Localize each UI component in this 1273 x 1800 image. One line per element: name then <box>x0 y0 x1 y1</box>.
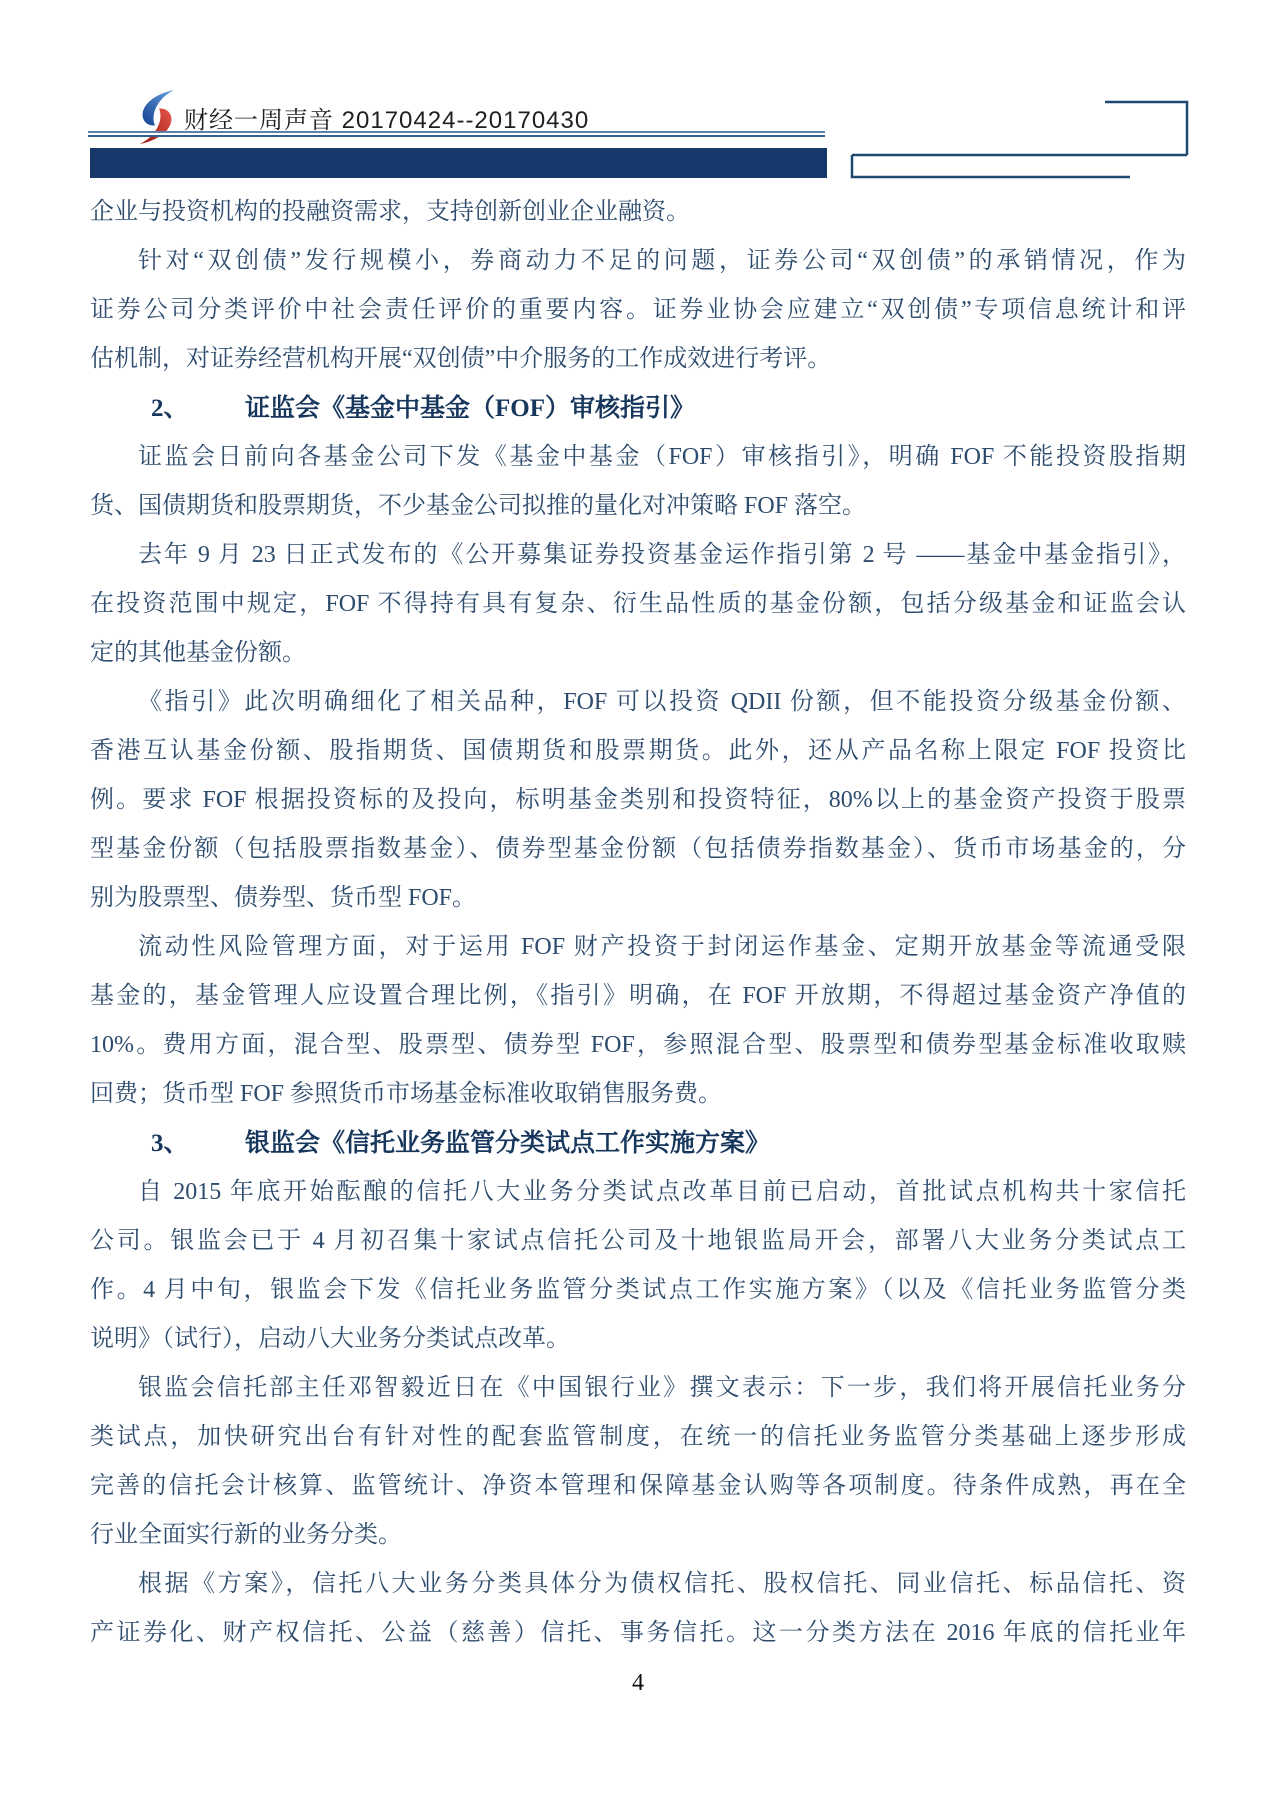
text-line: 香港互认基金份额、股指期货、国债期货和股票期货。此外，还从产品名称上限定 FOF… <box>90 727 1186 776</box>
text-line: 公司。银监会已于 4 月初召集十家试点信托公司及十地银监局开会，部署八大业务分类… <box>90 1217 1186 1266</box>
text-line: 基金的，基金管理人应设置合理比例，《指引》明确，在 FOF 开放期，不得超过基金… <box>90 972 1186 1021</box>
text-line: 估机制，对证券经营机构开展“双创债”中介服务的工作成效进行考评。 <box>90 335 1186 384</box>
heading-number: 3、 <box>151 1119 245 1168</box>
document-page: 财经一周声音 20170424--20170430 企业与投资机构的投融资需求，… <box>0 0 1273 1800</box>
section-heading: 3、银监会《信托业务监管分类试点工作实施方案》 <box>90 1119 1186 1168</box>
header-navy-bar <box>90 148 827 178</box>
text-line: 流动性风险管理方面，对于运用 FOF 财产投资于封闭运作基金、定期开放基金等流通… <box>90 923 1186 972</box>
text-line: 货、国债期货和股票期货，不少基金公司拟推的量化对冲策略 FOF 落空。 <box>90 482 1186 531</box>
text-line: 回费；货币型 FOF 参照货币市场基金标准收取销售服务费。 <box>90 1070 1186 1119</box>
text-line: 自 2015 年底开始酝酿的信托八大业务分类试点改革目前已启动，首批试点机构共十… <box>90 1168 1186 1217</box>
text-line: 例。要求 FOF 根据投资标的及投向，标明基金类别和投资特征，80%以上的基金资… <box>90 776 1186 825</box>
text-line: 证监会日前向各基金公司下发《基金中基金（FOF）审核指引》，明确 FOF 不能投… <box>90 433 1186 482</box>
text-line: 产证券化、财产权信托、公益（慈善）信托、事务信托。这一分类方法在 2016 年底… <box>90 1609 1186 1658</box>
text-line: 完善的信托会计核算、监管统计、净资本管理和保障基金认购等各项制度。待条件成熟，再… <box>90 1462 1186 1511</box>
text-line: 行业全面实行新的业务分类。 <box>90 1511 1186 1560</box>
text-line: 型基金份额（包括股票指数基金）、债券型基金份额（包括债券指数基金）、货币市场基金… <box>90 825 1186 874</box>
text-line: 别为股票型、债券型、货币型 FOF。 <box>90 874 1186 923</box>
text-line: 《指引》此次明确细化了相关品种，FOF 可以投资 QDII 份额，但不能投资分级… <box>90 678 1186 727</box>
text-line: 证券公司分类评价中社会责任评价的重要内容。证券业协会应建立“双创债”专项信息统计… <box>90 286 1186 335</box>
heading-number: 2、 <box>151 384 245 433</box>
text-line: 根据《方案》，信托八大业务分类具体分为债权信托、股权信托、同业信托、标品信托、资 <box>90 1560 1186 1609</box>
body-text: 企业与投资机构的投融资需求，支持创新创业企业融资。针对“双创债”发行规模小，券商… <box>90 188 1186 1658</box>
text-line: 银监会信托部主任邓智毅近日在《中国银行业》撰文表示：下一步，我们将开展信托业务分 <box>90 1364 1186 1413</box>
text-line: 类试点，加快研究出台有针对性的配套监管制度，在统一的信托业务监管分类基础上逐步形… <box>90 1413 1186 1462</box>
text-line: 企业与投资机构的投融资需求，支持创新创业企业融资。 <box>90 188 1186 237</box>
text-line: 作。4 月中旬，银监会下发《信托业务监管分类试点工作实施方案》（以及《信托业务监… <box>90 1266 1186 1315</box>
text-line: 定的其他基金份额。 <box>90 629 1186 678</box>
page-number: 4 <box>90 1659 1186 1707</box>
section-heading: 2、证监会《基金中基金（FOF）审核指引》 <box>90 384 1186 433</box>
header-rule-divider <box>88 131 825 137</box>
text-line: 10%。费用方面，混合型、股票型、债券型 FOF，参照混合型、股票型和债券型基金… <box>90 1021 1186 1070</box>
heading-title: 证监会《基金中基金（FOF）审核指引》 <box>245 395 695 422</box>
text-line: 针对“双创债”发行规模小，券商动力不足的问题，证券公司“双创债”的承销情况，作为 <box>90 237 1186 286</box>
heading-title: 银监会《信托业务监管分类试点工作实施方案》 <box>245 1130 770 1157</box>
text-line: 在投资范围中规定，FOF 不得持有具有复杂、衍生品性质的基金份额，包括分级基金和… <box>90 580 1186 629</box>
text-line: 说明》（试行），启动八大业务分类试点改革。 <box>90 1315 1186 1364</box>
text-line: 去年 9 月 23 日正式发布的《公开募集证券投资基金运作指引第 2 号 ——基… <box>90 531 1186 580</box>
empty-textbox-outline <box>840 90 1200 190</box>
